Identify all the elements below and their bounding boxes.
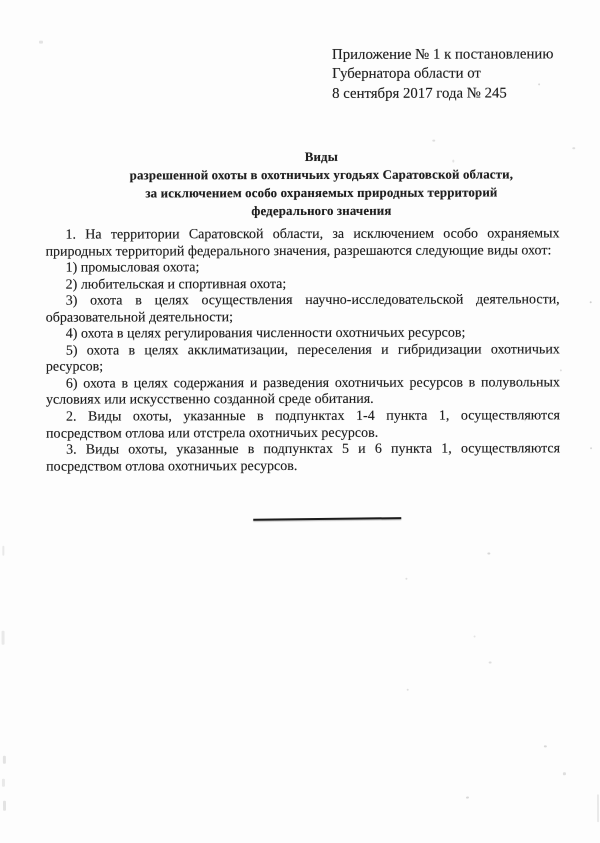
- scan-speck: [524, 419, 526, 421]
- scan-speck: [537, 304, 539, 306]
- document-page: Приложение № 1 к постановлениюГубернатор…: [0, 0, 600, 843]
- body-paragraph: 4) охота в целях регулирования численнос…: [46, 326, 560, 344]
- body-paragraph: 2. Виды охоты, указанные в подпунктах 1-…: [46, 408, 560, 442]
- scan-speck: [590, 447, 592, 449]
- scan-speck: [590, 301, 592, 303]
- scan-speck: [538, 83, 540, 85]
- title-line: за исключением особо охраняемых природны…: [91, 183, 551, 202]
- scan-speck: [544, 745, 547, 747]
- separator-line: [253, 517, 401, 521]
- scan-speck: [466, 797, 469, 799]
- document-body: 1. На территории Саратовской области, за…: [45, 226, 560, 476]
- title-line: федерального значения: [91, 201, 551, 220]
- scan-speck: [2, 631, 5, 645]
- scan-speck: [572, 147, 575, 149]
- scan-speck: [407, 689, 409, 691]
- scan-speck: [405, 578, 407, 580]
- body-paragraph: 6) охота в целях содержания и разведения…: [46, 375, 560, 409]
- body-paragraph: 1) промысловая охота;: [46, 259, 560, 277]
- reference-line: Приложение № 1 к постановлению: [332, 45, 553, 65]
- document-title: Видыразрешенной охоты в охотничьих угодь…: [91, 147, 551, 220]
- page-content: Приложение № 1 к постановлениюГубернатор…: [0, 0, 600, 843]
- scan-speck: [489, 661, 492, 663]
- scan-speck: [2, 546, 4, 556]
- scan-speck: [563, 772, 566, 775]
- body-paragraph: 5) охота в целях акклиматизации, пересел…: [46, 342, 560, 376]
- title-line: Виды: [91, 147, 551, 166]
- title-line: разрешенной охоты в охотничьих угодьях С…: [91, 165, 551, 184]
- scan-speck: [2, 779, 5, 787]
- reference-line: 8 сентября 2017 года № 245: [332, 84, 553, 104]
- body-paragraph: 1. На территории Саратовской области, за…: [45, 226, 559, 260]
- scan-speck: [452, 160, 454, 163]
- scan-speck: [432, 140, 435, 142]
- scan-speck: [487, 553, 490, 555]
- body-paragraph: 2) любительская и спортивная охота;: [46, 276, 560, 294]
- scan-speck: [560, 369, 562, 371]
- appendix-reference: Приложение № 1 к постановлениюГубернатор…: [332, 45, 553, 103]
- scan-speck: [3, 801, 6, 811]
- scan-speck: [39, 41, 43, 44]
- body-paragraph: 3) охота в целях осуществления научно-ис…: [46, 293, 560, 327]
- scan-speck: [474, 636, 476, 638]
- reference-line: Губернатора области от: [332, 65, 553, 85]
- body-paragraph: 3. Виды охоты, указанные в подпунктах 5 …: [46, 441, 560, 475]
- scan-speck: [3, 756, 6, 764]
- scan-speck: [597, 794, 599, 822]
